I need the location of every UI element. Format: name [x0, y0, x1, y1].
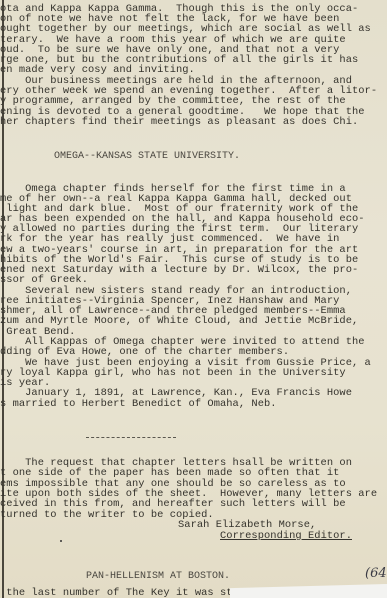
- text-line: ceived in this from, and hereafter such …: [0, 499, 346, 509]
- typewritten-page: ota and Kappa Kappa Gamma. Though this i…: [0, 0, 387, 598]
- signature-name: Sarah Elizabeth Morse,: [178, 520, 316, 530]
- section-divider: [86, 437, 176, 438]
- text-line: rk for the year has really just commence…: [0, 234, 339, 244]
- text-line: en made very cosy and inviting.: [0, 65, 195, 75]
- section-heading-pan-hellenism: PAN-HELLENISM AT BOSTON.: [86, 571, 230, 582]
- text-line: ssor of Greek.: [0, 275, 88, 285]
- text-line: ought together by our meetings, which ar…: [0, 24, 371, 34]
- text-line: January 1, 1891, at Lawrence, Kan., Eva …: [0, 388, 352, 398]
- text-line: her chapters find their meetings as plea…: [0, 117, 358, 127]
- text-line: y programme, arranged by the committee, …: [0, 96, 346, 106]
- handwritten-page-number: (64: [365, 566, 387, 581]
- text-line: s married to Herbert Benedict of Omaha, …: [0, 399, 277, 409]
- text-line: ry loyal Kappa girl, who has not been in…: [0, 368, 346, 378]
- text-line: dding of Eva Howe, one of the charter me…: [0, 347, 289, 357]
- text-line: t one side of the paper has been made so…: [0, 468, 339, 478]
- text-line: zum and Myrtle Moore, of White Cloud, an…: [0, 316, 358, 326]
- section-heading-omega: OMEGA--KANSAS STATE UNIVERSITY.: [54, 151, 240, 162]
- signature-title: Corresponding Editor.: [220, 531, 352, 541]
- ink-dot: [60, 540, 62, 542]
